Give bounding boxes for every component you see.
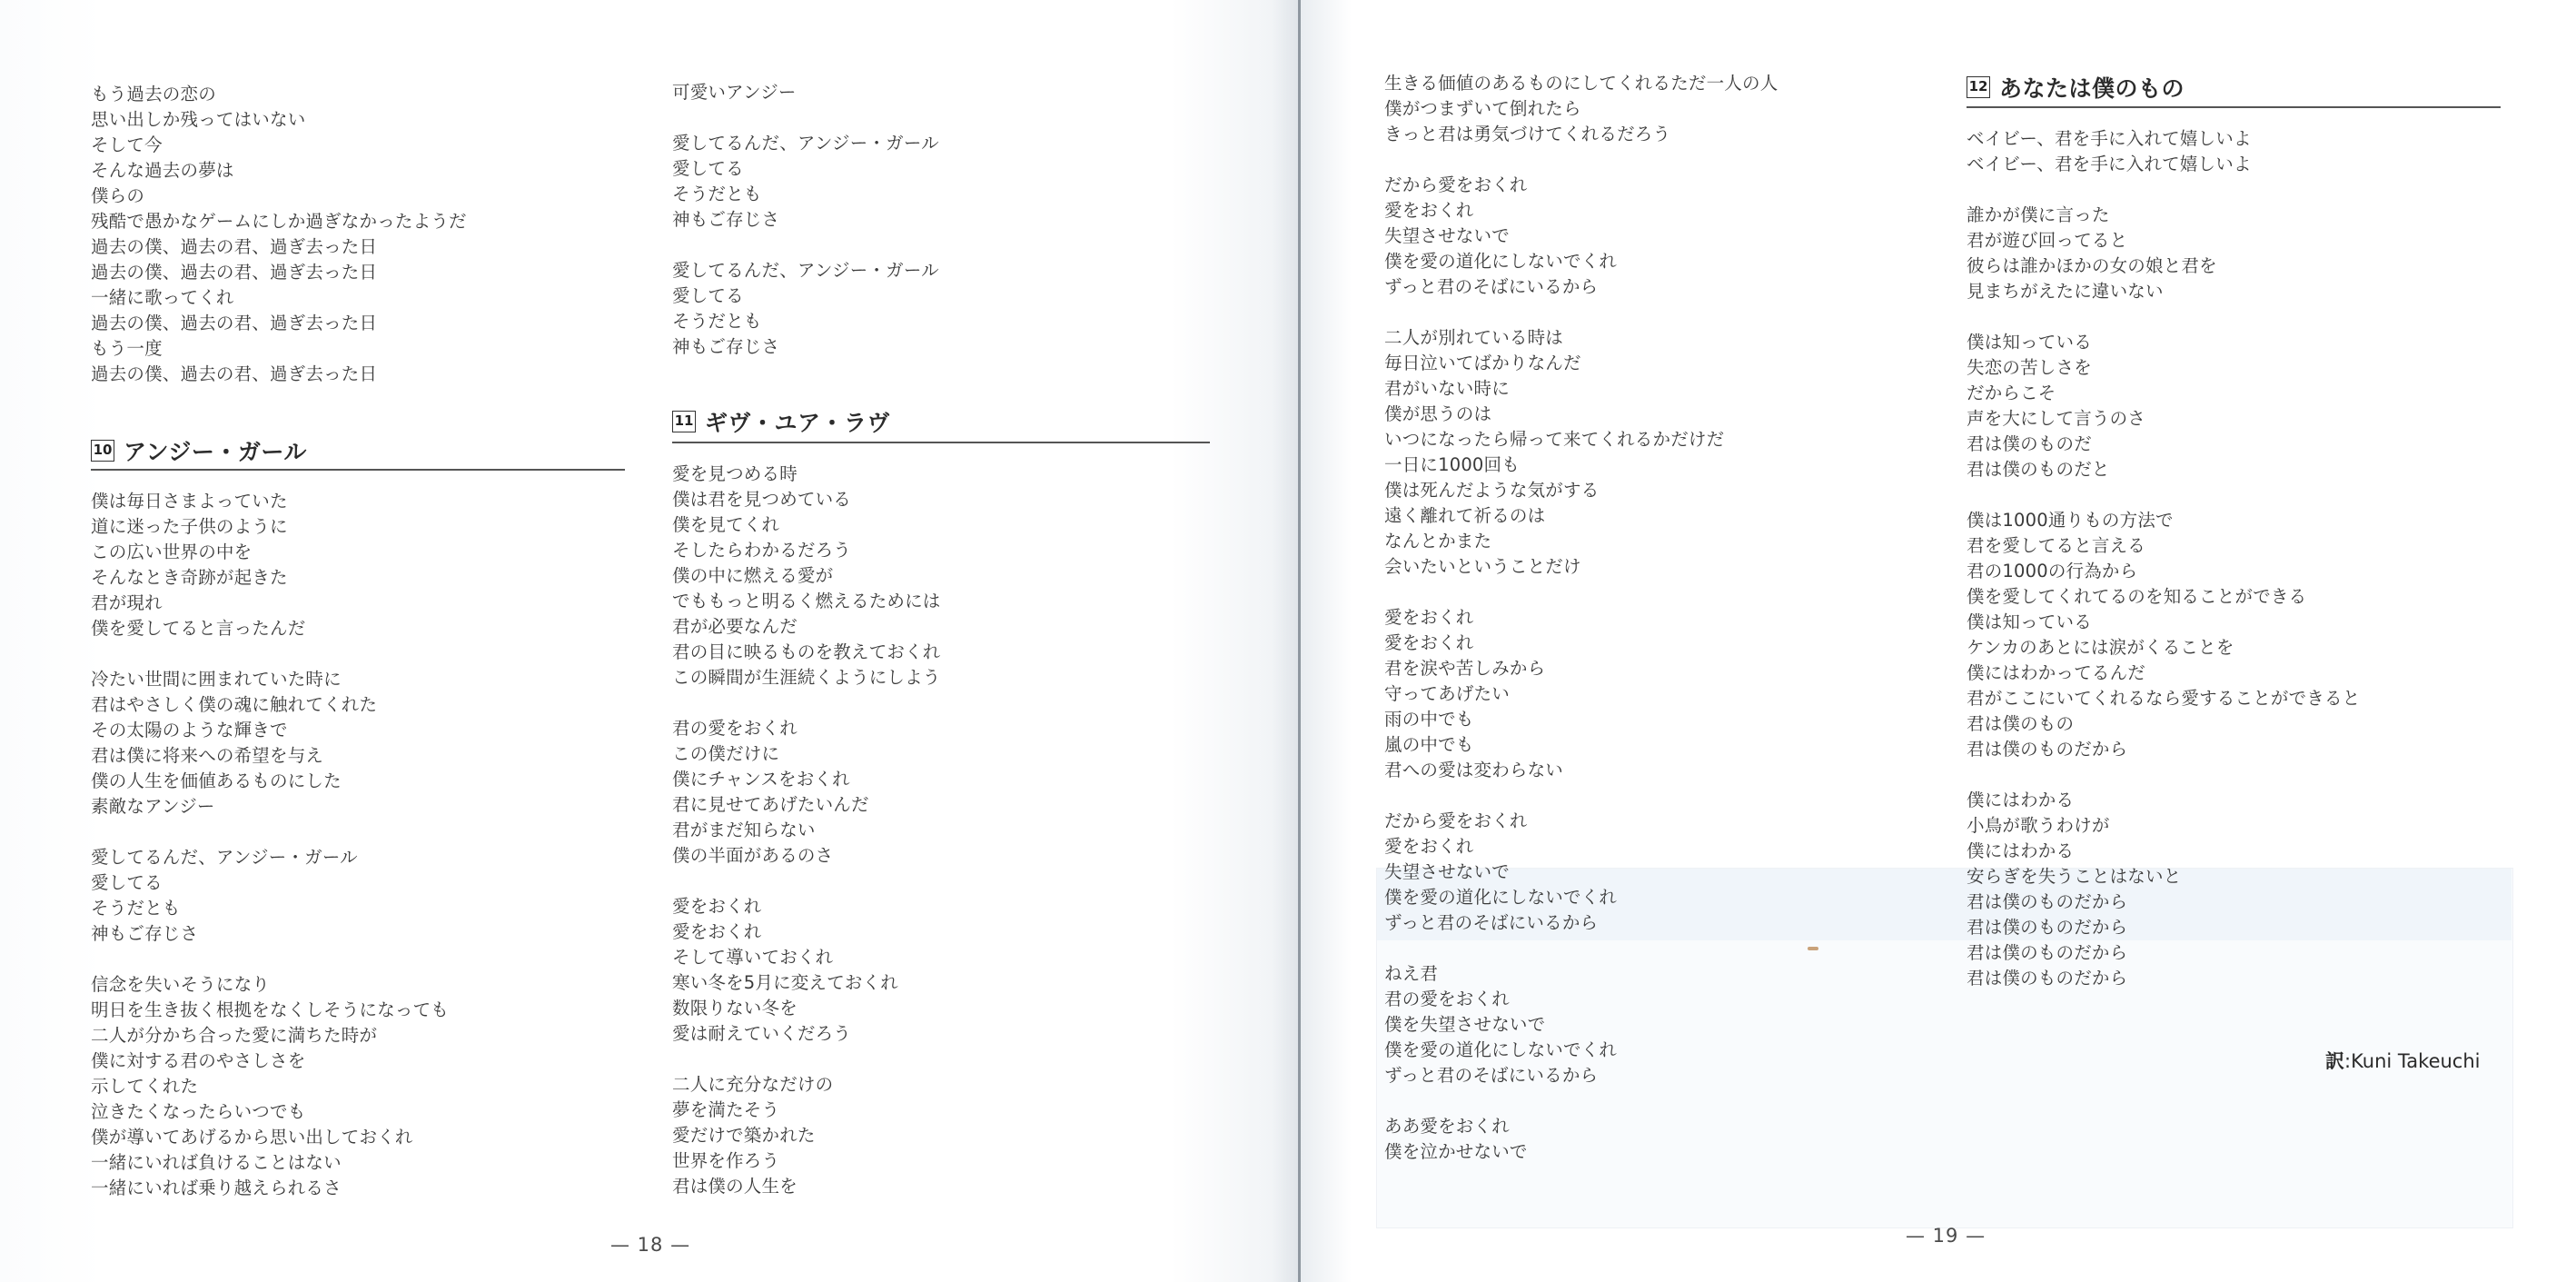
left-col2-continuation: 可愛いアンジー愛してるんだ、アンジー・ガール愛してるそうだとも神もご存じさ愛して… xyxy=(672,80,939,360)
lyric-line: 愛をおくれ xyxy=(1384,631,1778,656)
lyric-line: 僕の人生を価値あるものにした xyxy=(91,769,449,794)
track-number-badge: 11 xyxy=(672,411,696,432)
lyric-line: 神もご存じさ xyxy=(91,921,449,947)
stanza-break xyxy=(1384,783,1778,809)
lyric-line: 僕を愛の道化にしないでくれ xyxy=(1384,885,1778,910)
lyric-lines: 愛を見つめる時僕は君を見つめている僕を見てくれそしたらわかるだろう僕の中に燃える… xyxy=(672,462,941,1199)
lyric-line: そして今 xyxy=(91,133,467,158)
lyric-line: もう過去の恋の xyxy=(91,82,467,107)
lyric-line: 二人に充分なだけの xyxy=(672,1072,941,1098)
lyric-line: だから愛をおくれ xyxy=(1384,809,1778,834)
lyric-line: 冷たい世間に囲まれていた時に xyxy=(91,667,449,692)
heading-rule xyxy=(672,442,1210,443)
song-heading-12: 12 あなたは僕のもの xyxy=(1967,71,2185,104)
lyric-line: 愛してるんだ、アンジー・ガール xyxy=(672,131,939,156)
lyric-line: 思い出しか残ってはいない xyxy=(91,107,467,133)
song-title: あなたは僕のもの xyxy=(1999,71,2185,104)
lyric-line: ずっと君のそばにいるから xyxy=(1384,274,1778,300)
lyric-line: その太陽のような輝きで xyxy=(91,718,449,743)
lyric-line: 失恋の苦しさを xyxy=(1967,355,2360,381)
lyric-line: そんなとき奇跡が起きた xyxy=(91,565,449,591)
lyric-line: 君は僕のものだと xyxy=(1967,457,2360,482)
lyric-line: 愛をおくれ xyxy=(672,919,941,945)
lyric-line: 見まちがえたに違いない xyxy=(1967,279,2360,304)
song-heading-11: 11 ギヴ・ユア・ラヴ xyxy=(672,405,890,438)
lyric-line: 残酷で愚かなゲームにしか過ぎなかったようだ xyxy=(91,209,467,234)
lyric-line: 一緒に歌ってくれ xyxy=(91,285,467,311)
lyric-line: 僕を愛してると言ったんだ xyxy=(91,616,449,641)
lyric-line: 君は僕のものだから xyxy=(1967,966,2360,991)
track-number-badge: 10 xyxy=(91,440,114,462)
lyric-line: 守ってあげたい xyxy=(1384,681,1778,707)
credit-label: 訳 xyxy=(2325,1050,2344,1072)
lyric-line: 僕は君を見つめている xyxy=(672,487,941,512)
lyric-line: 君が必要なんだ xyxy=(672,614,941,640)
lyric-line: ずっと君のそばにいるから xyxy=(1384,910,1778,936)
lyric-line: 過去の僕、過去の君、過ぎ去った日 xyxy=(91,234,467,260)
song-12-lyrics: ベイビー、君を手に入れて嬉しいよベイビー、君を手に入れて嬉しいよ誰かが僕に言った… xyxy=(1967,126,2360,991)
heading-rule xyxy=(1967,106,2501,108)
lyric-line: 君は僕のものだ xyxy=(1967,432,2360,457)
book-gutter xyxy=(1298,0,1301,1282)
lyric-line: 僕は1000通りもの方法で xyxy=(1967,508,2360,533)
lyric-line: 君はやさしく僕の魂に触れてくれた xyxy=(91,692,449,718)
lyric-lines: もう過去の恋の思い出しか残ってはいないそして今そんな過去の夢は僕らの残酷で愚かな… xyxy=(91,82,467,387)
lyric-line: もう一度 xyxy=(91,336,467,362)
song-title: アンジー・ガール xyxy=(124,434,307,467)
lyric-line: 彼らは誰かほかの女の娘と君を xyxy=(1967,253,2360,279)
heading-rule xyxy=(91,469,625,471)
lyric-line: 一日に1000回も xyxy=(1384,452,1778,478)
lyric-line: 夢を満たそう xyxy=(672,1098,941,1123)
lyric-line: ベイビー、君を手に入れて嬉しいよ xyxy=(1967,152,2360,177)
song-11-lyrics: 愛を見つめる時僕は君を見つめている僕を見てくれそしたらわかるだろう僕の中に燃える… xyxy=(672,462,941,1199)
lyric-line: なんとかまた xyxy=(1384,529,1778,554)
lyric-line: 僕は死んだような気がする xyxy=(1384,478,1778,503)
lyric-line: 失望させないで xyxy=(1384,860,1778,885)
song-title: ギヴ・ユア・ラヴ xyxy=(705,405,890,438)
lyric-line: 愛だけで築かれた xyxy=(672,1123,941,1148)
lyric-line: 僕を愛してくれてるのを知ることができる xyxy=(1967,584,2360,610)
lyric-line: 君が現れ xyxy=(91,591,449,616)
lyric-line: 安らぎを失うことはないと xyxy=(1967,864,2360,889)
lyric-line: 僕の半面があるのさ xyxy=(672,843,941,869)
right-col1-continuation: 生きる価値のあるものにしてくれるただ一人の人僕がつまずいて倒れたらきっと君は勇気… xyxy=(1384,71,1778,1165)
lyric-line: いつになったら帰って来てくれるかだけだ xyxy=(1384,427,1778,452)
lyric-line: ベイビー、君を手に入れて嬉しいよ xyxy=(1967,126,2360,152)
stanza-break xyxy=(1967,177,2360,203)
lyric-line: 愛してる xyxy=(672,283,939,309)
lyric-line: この僕だけに xyxy=(672,741,941,767)
lyric-line: 生きる価値のあるものにしてくれるただ一人の人 xyxy=(1384,71,1778,96)
lyric-line: 君は僕のものだから xyxy=(1967,889,2360,915)
stanza-break xyxy=(672,105,939,131)
lyric-line: 愛を見つめる時 xyxy=(672,462,941,487)
lyric-line: 君は僕のものだから xyxy=(1967,915,2360,940)
stanza-break xyxy=(1384,147,1778,173)
lyric-line: 僕は知っている xyxy=(1967,610,2360,635)
lyric-line: 君がいない時に xyxy=(1384,376,1778,402)
lyric-line: 僕の中に燃える愛が xyxy=(672,563,941,589)
lyric-line: 君は僕に将来への希望を与え xyxy=(91,743,449,769)
lyric-line: 僕が思うのは xyxy=(1384,402,1778,427)
lyric-line: だからこそ xyxy=(1967,381,2360,406)
lyric-line: 君は僕のものだから xyxy=(1967,940,2360,966)
credit-name: Kuni Takeuchi xyxy=(2351,1050,2480,1072)
lyric-line: 君は僕のものだから xyxy=(1967,737,2360,762)
lyric-line: 愛は耐えていくだろう xyxy=(672,1021,941,1047)
lyric-line: 愛をおくれ xyxy=(672,894,941,919)
stanza-break xyxy=(91,641,449,667)
stanza-break xyxy=(672,869,941,894)
lyric-line: 君の1000の行為から xyxy=(1967,559,2360,584)
lyric-line: 一緒にいれば乗り越えられるさ xyxy=(91,1176,449,1201)
paper-speck xyxy=(1808,947,1818,950)
lyric-line: 僕を愛の道化にしないでくれ xyxy=(1384,1038,1778,1063)
lyric-line: 二人が別れている時は xyxy=(1384,325,1778,351)
lyric-line: 君がまだ知らない xyxy=(672,818,941,843)
lyric-line: そうだとも xyxy=(91,896,449,921)
lyric-line: 僕を見てくれ xyxy=(672,512,941,538)
lyric-line: 世界を作ろう xyxy=(672,1148,941,1174)
lyric-line: 泣きたくなったらいつでも xyxy=(91,1099,449,1125)
lyric-lines: 可愛いアンジー愛してるんだ、アンジー・ガール愛してるそうだとも神もご存じさ愛して… xyxy=(672,80,939,360)
lyric-line: そしたらわかるだろう xyxy=(672,538,941,563)
lyric-line: 失望させないで xyxy=(1384,224,1778,249)
lyric-line: 僕は知っている xyxy=(1967,330,2360,355)
lyric-line: 僕にはわかる xyxy=(1967,839,2360,864)
left-col1-continuation: もう過去の恋の思い出しか残ってはいないそして今そんな過去の夢は僕らの残酷で愚かな… xyxy=(91,82,467,387)
song-heading-10: 10 アンジー・ガール xyxy=(91,434,307,467)
lyric-lines: 生きる価値のあるものにしてくれるただ一人の人僕がつまずいて倒れたらきっと君は勇気… xyxy=(1384,71,1778,1165)
lyric-line: 雨の中でも xyxy=(1384,707,1778,732)
lyric-line: 僕にはわかってるんだ xyxy=(1967,661,2360,686)
lyric-line: きっと君は勇気づけてくれるだろう xyxy=(1384,122,1778,147)
lyric-line: 過去の僕、過去の君、過ぎ去った日 xyxy=(91,362,467,387)
lyric-line: 愛をおくれ xyxy=(1384,198,1778,224)
lyric-line: 可愛いアンジー xyxy=(672,80,939,105)
lyric-line: 明日を生き抜く根拠をなくしそうになっても xyxy=(91,998,449,1023)
lyric-line: 愛してるんだ、アンジー・ガール xyxy=(672,258,939,283)
lyric-line: 数限りない冬を xyxy=(672,996,941,1021)
lyric-line: 愛してる xyxy=(91,870,449,896)
lyric-line: ねえ君 xyxy=(1384,961,1778,987)
lyric-line: 神もご存じさ xyxy=(672,207,939,233)
lyric-line: 僕がつまずいて倒れたら xyxy=(1384,96,1778,122)
lyric-line: 遠く離れて祈るのは xyxy=(1384,503,1778,529)
lyric-line: そんな過去の夢は xyxy=(91,158,467,184)
stanza-break xyxy=(1384,936,1778,961)
lyric-line: 僕を泣かせないで xyxy=(1384,1139,1778,1165)
gutter-shadow xyxy=(1272,0,1298,1282)
lyric-line: ケンカのあとには涙がくることを xyxy=(1967,635,2360,661)
lyric-line: 声を大にして言うのさ xyxy=(1967,406,2360,432)
translator-credit: 訳:Kuni Takeuchi xyxy=(2325,1047,2480,1074)
lyric-line: 僕は毎日さまよっていた xyxy=(91,489,449,514)
stanza-break xyxy=(1384,580,1778,605)
lyric-line: 会いたいということだけ xyxy=(1384,554,1778,580)
lyric-line: ずっと君のそばにいるから xyxy=(1384,1063,1778,1088)
lyric-line: 君がここにいてくれるなら愛することができると xyxy=(1967,686,2360,711)
lyric-line: だから愛をおくれ xyxy=(1384,173,1778,198)
lyric-line: 愛してる xyxy=(672,156,939,182)
lyric-line: 僕にはわかる xyxy=(1967,788,2360,813)
lyric-line: 神もご存じさ xyxy=(672,334,939,360)
lyric-line: 一緒にいれば負けることはない xyxy=(91,1150,449,1176)
lyric-lines: 僕は毎日さまよっていた道に迷った子供のようにこの広い世界の中をそんなとき奇跡が起… xyxy=(91,489,449,1201)
lyric-line: ああ愛をおくれ xyxy=(1384,1114,1778,1139)
page-number-18: — 18 — xyxy=(610,1234,690,1256)
lyric-line: 愛してるんだ、アンジー・ガール xyxy=(91,845,449,870)
lyric-line: そうだとも xyxy=(672,309,939,334)
stanza-break xyxy=(672,1047,941,1072)
lyric-line: 信念を失いそうになり xyxy=(91,972,449,998)
lyric-line: 僕が導いてあげるから思い出しておくれ xyxy=(91,1125,449,1150)
stanza-break xyxy=(1967,304,2360,330)
lyric-line: 君が遊び回ってると xyxy=(1967,228,2360,253)
lyric-line: 二人が分かち合った愛に満ちた時が xyxy=(91,1023,449,1048)
stanza-break xyxy=(91,820,449,845)
lyric-lines: ベイビー、君を手に入れて嬉しいよベイビー、君を手に入れて嬉しいよ誰かが僕に言った… xyxy=(1967,126,2360,991)
stanza-break xyxy=(1384,1088,1778,1114)
lyric-line: 示してくれた xyxy=(91,1074,449,1099)
stanza-break xyxy=(1384,300,1778,325)
lyric-line: 君の愛をおくれ xyxy=(672,716,941,741)
stanza-break xyxy=(1967,762,2360,788)
lyric-line: 僕に対する君のやさしさを xyxy=(91,1048,449,1074)
lyric-line: 寒い冬を5月に変えておくれ xyxy=(672,970,941,996)
lyric-line: 君の目に映るものを教えておくれ xyxy=(672,640,941,665)
lyric-line: 君は僕のもの xyxy=(1967,711,2360,737)
track-number-badge: 12 xyxy=(1967,76,1990,98)
lyric-line: 愛をおくれ xyxy=(1384,605,1778,631)
lyric-line: 君を涙や苦しみから xyxy=(1384,656,1778,681)
page-number-19: — 19 — xyxy=(1906,1225,1986,1247)
lyric-line: 毎日泣いてばかりなんだ xyxy=(1384,351,1778,376)
lyric-line: そうだとも xyxy=(672,182,939,207)
stanza-break xyxy=(672,691,941,716)
stanza-break xyxy=(91,947,449,972)
lyric-line: 君への愛は変わらない xyxy=(1384,758,1778,783)
lyric-line: 僕らの xyxy=(91,184,467,209)
lyric-line: 君を愛してると言える xyxy=(1967,533,2360,559)
lyric-line: でももっと明るく燃えるためには xyxy=(672,589,941,614)
lyric-line: 君に見せてあげたいんだ xyxy=(672,792,941,818)
song-10-lyrics: 僕は毎日さまよっていた道に迷った子供のようにこの広い世界の中をそんなとき奇跡が起… xyxy=(91,489,449,1201)
lyric-line: 道に迷った子供のように xyxy=(91,514,449,540)
lyric-line: 過去の僕、過去の君、過ぎ去った日 xyxy=(91,260,467,285)
lyric-line: 誰かが僕に言った xyxy=(1967,203,2360,228)
lyric-line: 君は僕の人生を xyxy=(672,1174,941,1199)
lyric-line: 君の愛をおくれ xyxy=(1384,987,1778,1012)
lyric-line: 過去の僕、過去の君、過ぎ去った日 xyxy=(91,311,467,336)
lyric-line: 僕を愛の道化にしないでくれ xyxy=(1384,249,1778,274)
lyric-line: この広い世界の中を xyxy=(91,540,449,565)
lyric-line: この瞬間が生涯続くようにしよう xyxy=(672,665,941,691)
lyric-line: 素敵なアンジー xyxy=(91,794,449,820)
lyric-line: そして導いておくれ xyxy=(672,945,941,970)
stanza-break xyxy=(672,233,939,258)
lyric-line: 僕にチャンスをおくれ xyxy=(672,767,941,792)
stanza-break xyxy=(1967,482,2360,508)
lyric-line: 愛をおくれ xyxy=(1384,834,1778,860)
lyric-line: 嵐の中でも xyxy=(1384,732,1778,758)
lyric-line: 僕を失望させないで xyxy=(1384,1012,1778,1038)
lyric-line: 小鳥が歌うわけが xyxy=(1967,813,2360,839)
